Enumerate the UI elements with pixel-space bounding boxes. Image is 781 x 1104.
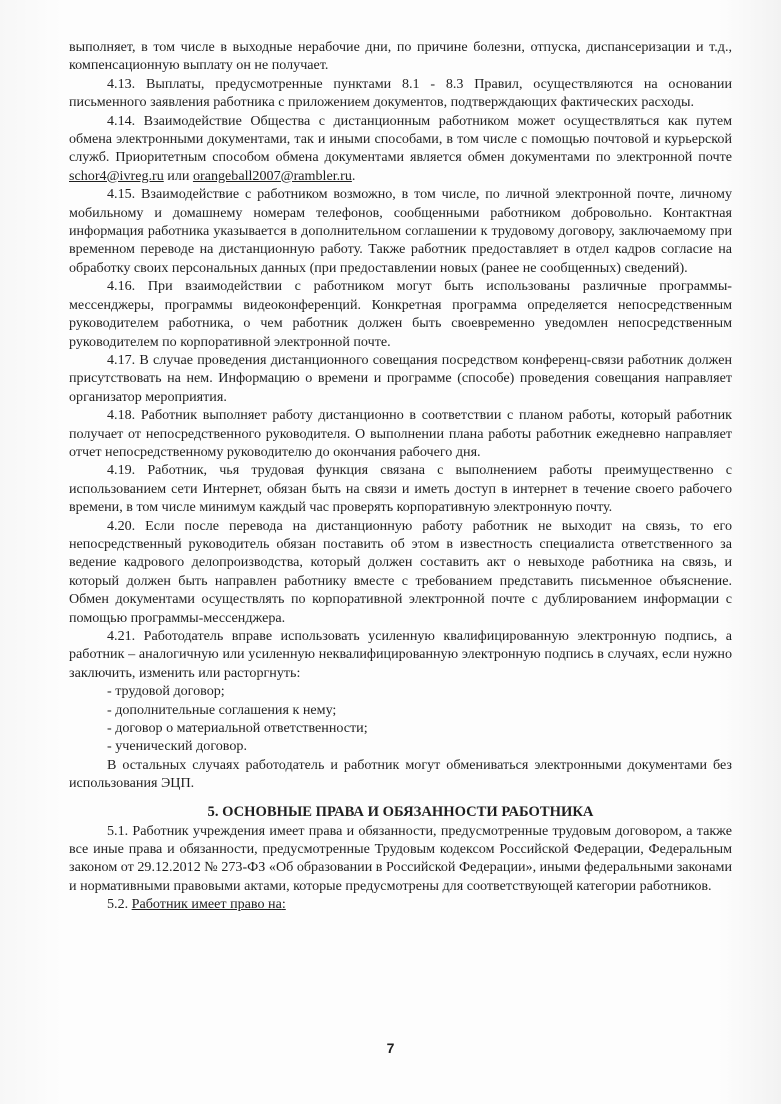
section-5-heading: 5. ОСНОВНЫЕ ПРАВА И ОБЯЗАННОСТИ РАБОТНИК… bbox=[69, 803, 732, 822]
page-number: 7 bbox=[0, 1040, 781, 1056]
paragraph-4-13: 4.13. Выплаты, предусмотренные пунктами … bbox=[69, 75, 732, 112]
paragraph-4-18: 4.18. Работник выполняет работу дистанци… bbox=[69, 406, 732, 461]
paragraph-5-2-colon: : bbox=[282, 896, 286, 912]
paragraph-other-cases: В остальных случаях работодатель и работ… bbox=[69, 756, 732, 793]
paragraph-5-2-number: 5.2. bbox=[107, 896, 132, 912]
paragraph-4-17: 4.17. В случае проведения дистанционного… bbox=[69, 351, 732, 406]
list-item: - дополнительные соглашения к нему; bbox=[69, 701, 732, 719]
list-item: - трудовой договор; bbox=[69, 682, 732, 700]
document-page: выполняет, в том числе в выходные нерабо… bbox=[0, 0, 781, 1104]
list-item: - ученический договор. bbox=[69, 737, 732, 755]
document-body: выполняет, в том числе в выходные нерабо… bbox=[69, 38, 732, 914]
paragraph-4-19: 4.19. Работник, чья трудовая функция свя… bbox=[69, 461, 732, 516]
paragraph-4-14-end: . bbox=[352, 168, 356, 184]
paragraph-5-2-text: Работник имеет право на bbox=[132, 896, 282, 912]
paragraph-4-16: 4.16. При взаимодействии с работником мо… bbox=[69, 277, 732, 351]
paragraph-4-20: 4.20. Если после перевода на дистанционн… bbox=[69, 517, 732, 627]
email-link-orangeball[interactable]: orangeball2007@rambler.ru bbox=[193, 168, 352, 184]
list-item: - договор о материальной ответственности… bbox=[69, 719, 732, 737]
email-joiner: или bbox=[164, 168, 193, 184]
paragraph-5-2: 5.2. Работник имеет право на: bbox=[69, 895, 732, 913]
paragraph-5-1: 5.1. Работник учреждения имеет права и о… bbox=[69, 822, 732, 896]
paragraph-continuation: выполняет, в том числе в выходные нерабо… bbox=[69, 38, 732, 75]
paragraph-4-14: 4.14. Взаимодействие Общества с дистанци… bbox=[69, 112, 732, 186]
paragraph-4-14-text: 4.14. Взаимодействие Общества с дистанци… bbox=[69, 113, 732, 166]
paragraph-4-15: 4.15. Взаимодействие с работником возмож… bbox=[69, 185, 732, 277]
paragraph-4-21: 4.21. Работодатель вправе использовать у… bbox=[69, 627, 732, 682]
email-link-schor4[interactable]: schor4@ivreg.ru bbox=[69, 168, 164, 184]
